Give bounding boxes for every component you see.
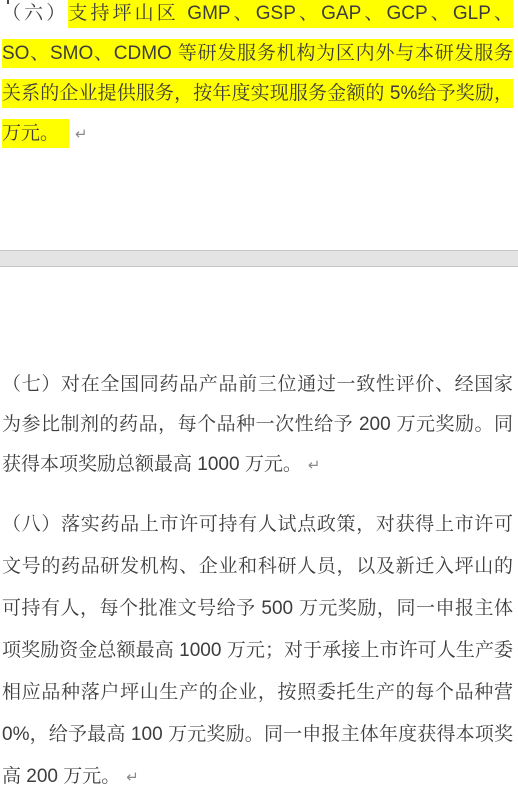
text-segment: 相应品种落户坪山生产的企业，按照委托生产的每个品种营业收入的 5 [2,682,513,714]
text-line[interactable]: 关系的企业提供服务，按年度实现服务金额的 5%给予奖励，最高 200 [2,74,513,114]
text-line[interactable]: 获得本项奖励总额最高 1000 万元。↵ [2,445,513,485]
text-line[interactable]: 文号的药品研发机构、企业和科研人员，以及新迁入坪山的新药上市许 [2,546,513,588]
text-segment: 0%，给予最高 100 万元奖励。同一申报主体年度获得本项奖励总额最 [2,724,513,756]
paragraph-mark-icon: ↵ [308,457,321,474]
text-segment: （七）对在全国同药品产品前三位通过一致性评价、经国家药监局确定 [2,374,513,405]
text-line[interactable]: 项奖励资金总额最高 1000 万元；对于承接上市许可人生产委托并实现 [2,630,513,672]
text-segment: 高 200 万元。 [2,766,120,787]
highlighted-text: 关系的企业提供服务，按年度实现服务金额的 5%给予奖励，最高 200 [2,79,513,114]
text-line[interactable]: 高 200 万元。↵ [2,756,513,792]
text-line[interactable]: 相应品种落户坪山生产的企业，按照委托生产的每个品种营业收入的 5 [2,672,513,714]
text-segment: （六） [2,3,68,24]
text-segment: 可持有人，每个批准文号给予 500 万元奖励，同一申报主体年度获得本 [2,598,513,630]
highlighted-text: 支持坪山区 GMP、GSP、GAP、GCP、GLP、CRO、CMO、C [2,0,513,34]
text-line[interactable]: （六）支持坪山区 GMP、GSP、GAP、GCP、GLP、CRO、CMO、C [2,0,513,34]
text-line[interactable]: （七）对在全国同药品产品前三位通过一致性评价、经国家药监局确定 [2,365,513,405]
page-break-separator [0,250,518,267]
text-line[interactable]: SO、SMO、CDMO 等研发服务机构为区内外与本研发服务机构无投资 [2,34,513,74]
text-line[interactable]: 可持有人，每个批准文号给予 500 万元奖励，同一申报主体年度获得本 [2,588,513,630]
text-segment: 文号的药品研发机构、企业和科研人员，以及新迁入坪山的新药上市许 [2,556,513,588]
text-segment: 获得本项奖励总额最高 1000 万元。 [2,454,302,475]
highlighted-text: 万元。 [2,119,69,148]
paragraph-mark-icon: ↵ [75,126,88,143]
text-line[interactable]: （八）落实药品上市许可持有人试点政策，对获得上市许可及药品批准 [2,504,513,546]
text-line[interactable]: 0%，给予最高 100 万元奖励。同一申报主体年度获得本项奖励总额最 [2,714,513,756]
text-segment: （八）落实药品上市许可持有人试点政策，对获得上市许可及药品批准 [2,514,513,546]
document-page: （六）支持坪山区 GMP、GSP、GAP、GCP、GLP、CRO、CMO、CSO… [0,0,518,792]
highlighted-text: SO、SMO、CDMO 等研发服务机构为区内外与本研发服务机构无投资 [2,39,513,74]
text-segment: 为参比制剂的药品，每个品种一次性给予 200 万元奖励。同一企业年度 [2,414,513,445]
text-line[interactable]: 为参比制剂的药品，每个品种一次性给予 200 万元奖励。同一企业年度 [2,405,513,445]
paragraph-item-8[interactable]: （八）落实药品上市许可持有人试点政策，对获得上市许可及药品批准文号的药品研发机构… [2,504,513,792]
text-segment: 项奖励资金总额最高 1000 万元；对于承接上市许可人生产委托并实现 [2,640,513,672]
paragraph-item-7[interactable]: （七）对在全国同药品产品前三位通过一致性评价、经国家药监局确定为参比制剂的药品，… [2,365,513,485]
text-line[interactable]: 万元。↵ [2,114,513,154]
paragraph-mark-icon: ↵ [126,769,139,786]
paragraph-item-6[interactable]: （六）支持坪山区 GMP、GSP、GAP、GCP、GLP、CRO、CMO、CSO… [2,0,513,154]
